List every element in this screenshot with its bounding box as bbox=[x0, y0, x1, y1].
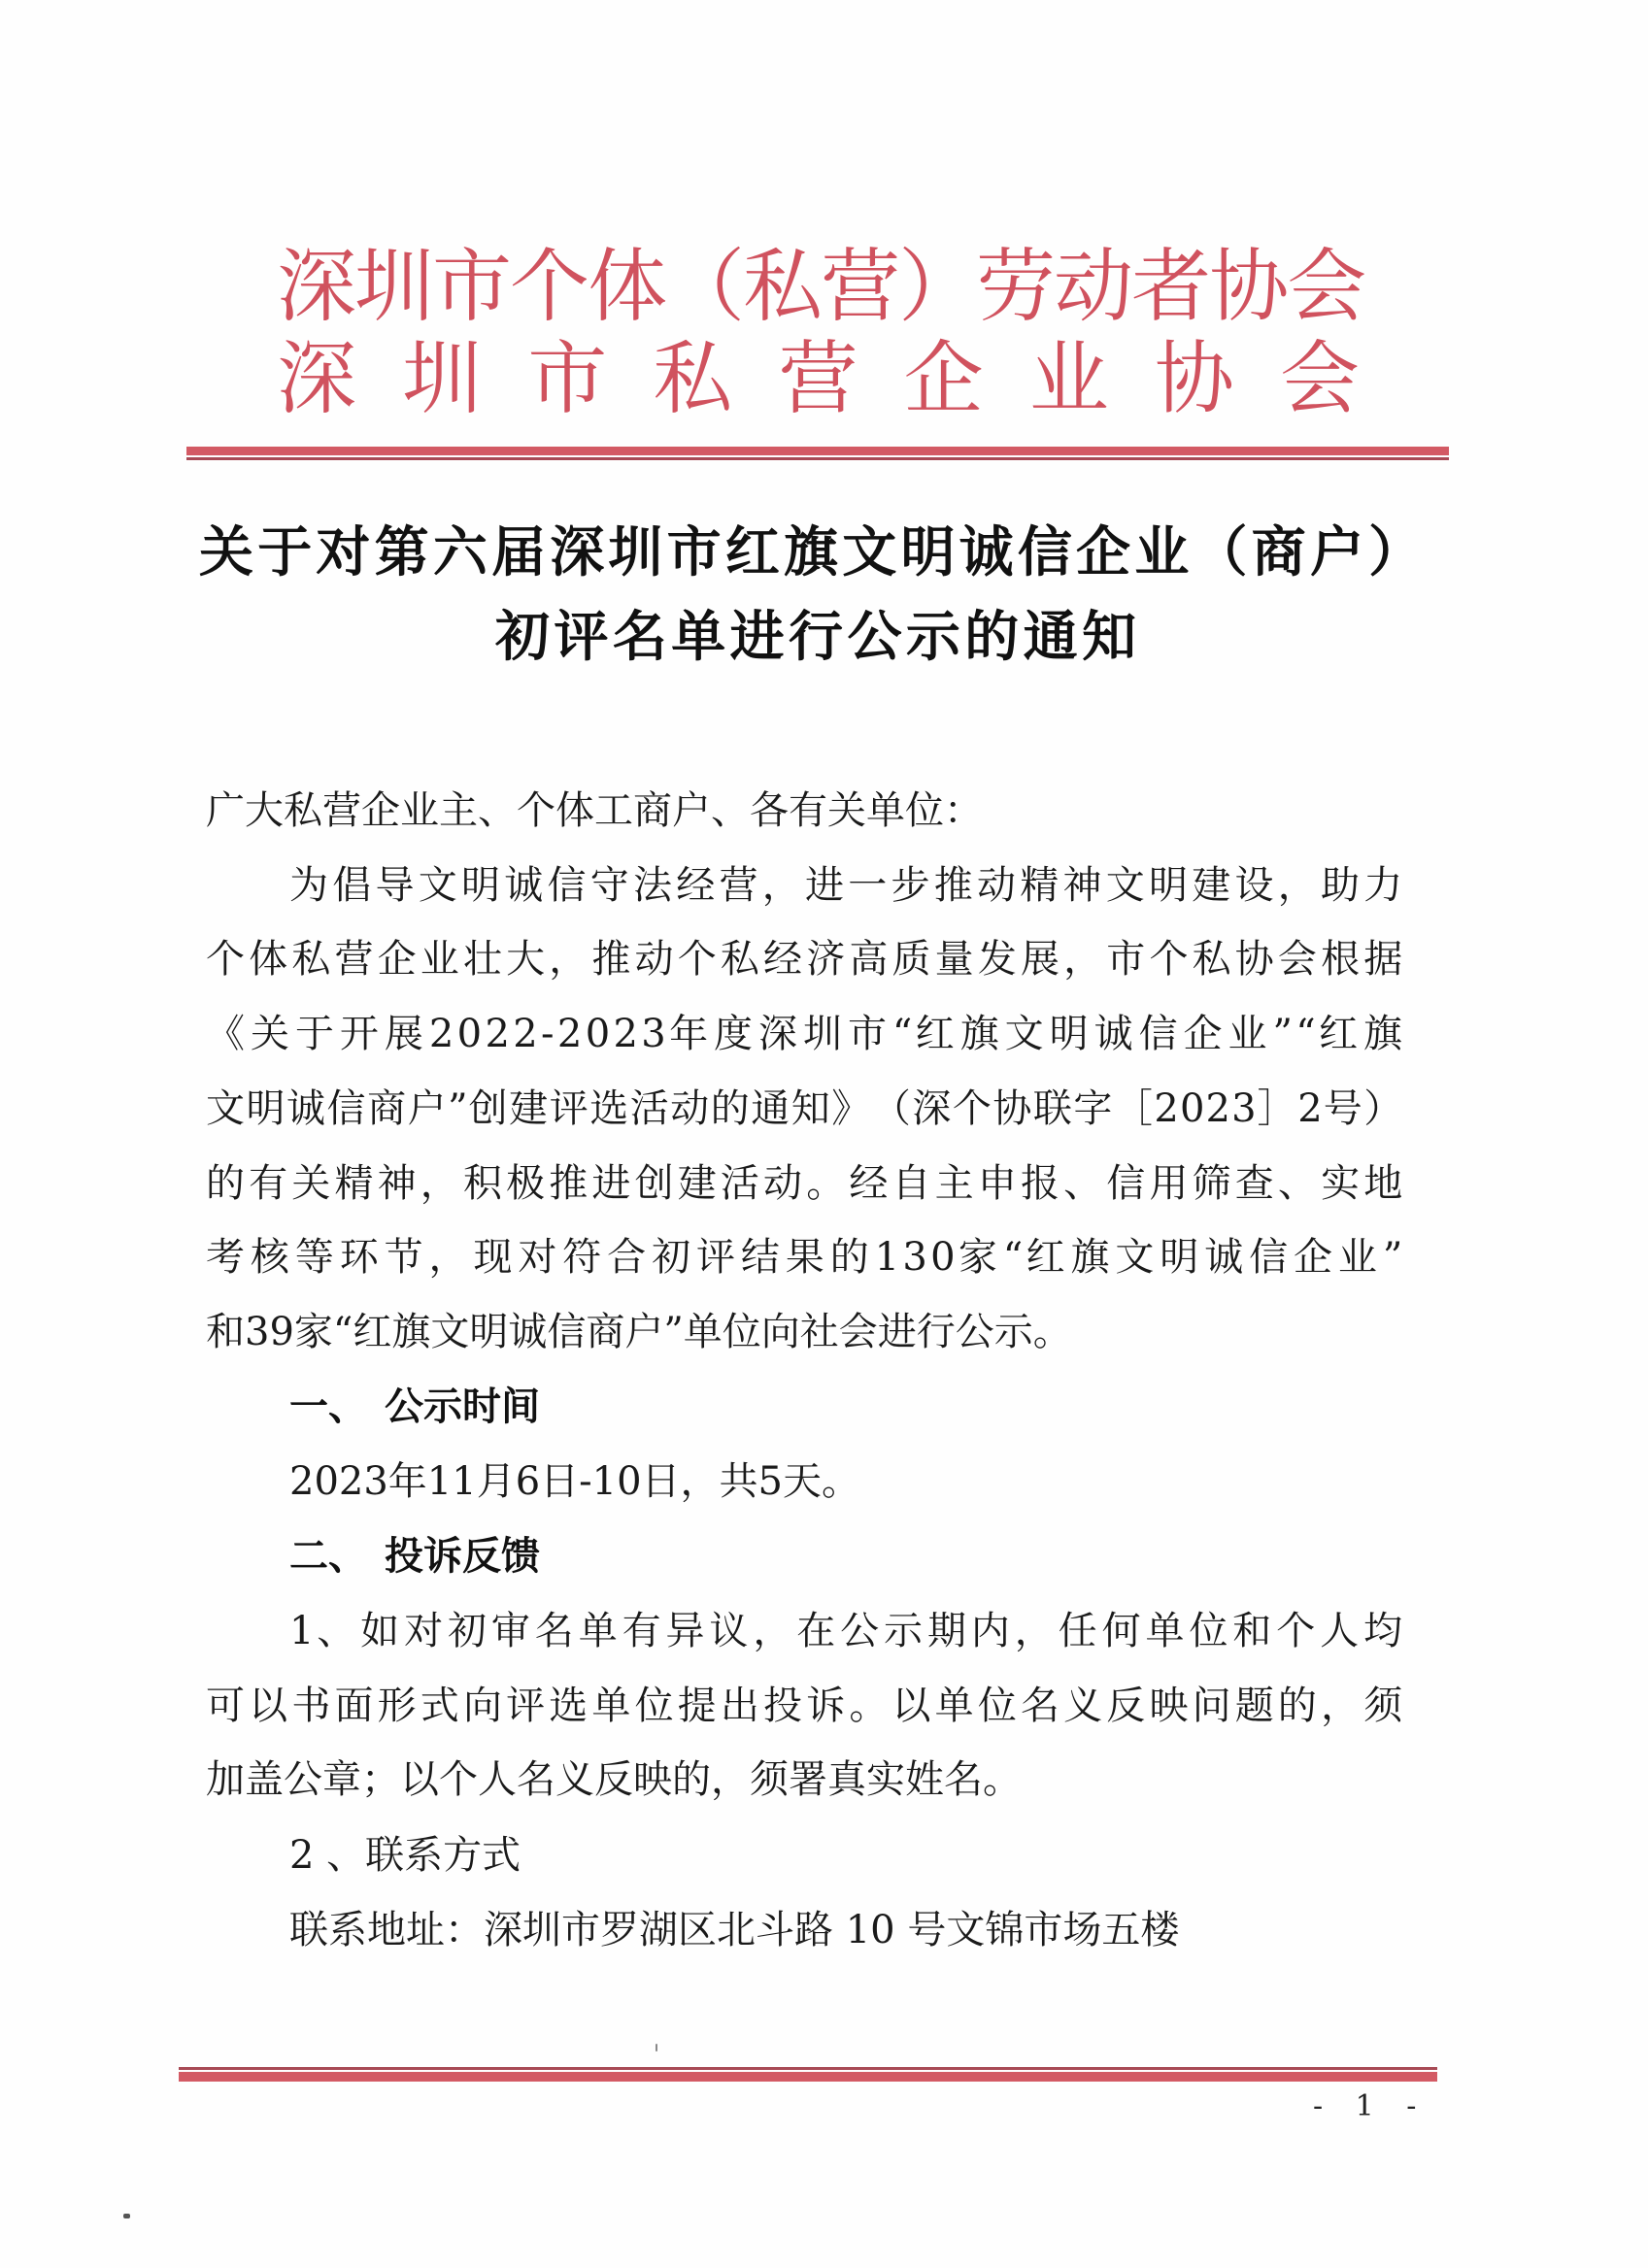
complaint-item-line: 可 以 书 面 形 式 向 评 选 单 位 提 出 投 诉 。 以 单 位 名 … bbox=[206, 1682, 1402, 1730]
letterhead-org-2: 深 圳 市 私 营 企 业 协 会 bbox=[277, 335, 1360, 424]
contact-address: 联系地址：深圳市罗湖区北斗路 10 号文锦市场五楼 bbox=[289, 1906, 1179, 1954]
scan-speck bbox=[656, 2044, 657, 2051]
contact-label: 2 、联系方式 bbox=[289, 1831, 521, 1880]
paragraph-line: 《 关 于 开 展 2 0 2 2 - 2 0 2 3 年 度 深 圳 市 “ … bbox=[206, 1010, 1402, 1058]
paragraph-line: 和39家“红旗文明诚信商户”单位向社会进行公示。 bbox=[206, 1308, 1072, 1356]
salutation: 广大私营企业主、个体工商户、各有关单位： bbox=[206, 786, 983, 835]
section-heading-text: 公示时间 bbox=[385, 1384, 540, 1429]
publicity-period: 2023年11月6日-10日，共5天。 bbox=[289, 1457, 860, 1506]
notice-title-line-2: 初 评 名 单 进 行 公 示 的 通 知 bbox=[495, 607, 1136, 669]
section-number: 一、 bbox=[289, 1383, 385, 1431]
footer-divider-thin bbox=[179, 2067, 1437, 2070]
paragraph-line: 个 体 私 营 企 业 壮 大 ， 推 动 个 私 经 济 高 质 量 发 展 … bbox=[206, 935, 1402, 984]
document-page: 深 圳 市 个 体 （ 私 营 ） 劳 动 者 协 会 深 圳 市 私 营 企 … bbox=[0, 0, 1648, 2268]
section-heading-2: 二、投诉反馈 bbox=[289, 1532, 540, 1581]
letterhead-org-1: 深 圳 市 个 体 （ 私 营 ） 劳 动 者 协 会 bbox=[277, 243, 1364, 332]
scan-speck bbox=[123, 2214, 130, 2218]
paragraph-line: 为 倡 导 文 明 诚 信 守 法 经 营 ， 进 一 步 推 动 精 神 文 … bbox=[289, 861, 1402, 910]
section-heading-text: 投诉反馈 bbox=[385, 1534, 540, 1579]
letterhead-divider-thick bbox=[186, 447, 1449, 455]
paragraph-line: 考 核 等 环 节 ， 现 对 符 合 初 评 结 果 的 1 3 0 家 “ … bbox=[206, 1233, 1402, 1282]
section-number: 二、 bbox=[289, 1532, 385, 1581]
section-heading-1: 一、公示时间 bbox=[289, 1383, 540, 1431]
paragraph-line: 的 有 关 精 神 ， 积 极 推 进 创 建 活 动 。 经 自 主 申 报 … bbox=[206, 1159, 1402, 1208]
page-number: - 1 - bbox=[1313, 2087, 1428, 2126]
footer-divider-thick bbox=[179, 2072, 1437, 2082]
paragraph-line: 文 明 诚 信 商 户 ” 创 建 评 选 活 动 的 通 知 》 （ 深 个 … bbox=[206, 1084, 1402, 1133]
letterhead-divider-thin bbox=[186, 457, 1449, 460]
complaint-item-line: 1 、 如 对 初 审 名 单 有 异 议 ， 在 公 示 期 内 ， 任 何 … bbox=[289, 1607, 1402, 1655]
complaint-item-line: 加盖公章；以个人名义反映的，须署真实姓名。 bbox=[206, 1755, 1022, 1804]
notice-title-line-1: 关 于 对 第 六 届 深 圳 市 红 旗 文 明 诚 信 企 业 （ 商 户 … bbox=[199, 522, 1423, 584]
